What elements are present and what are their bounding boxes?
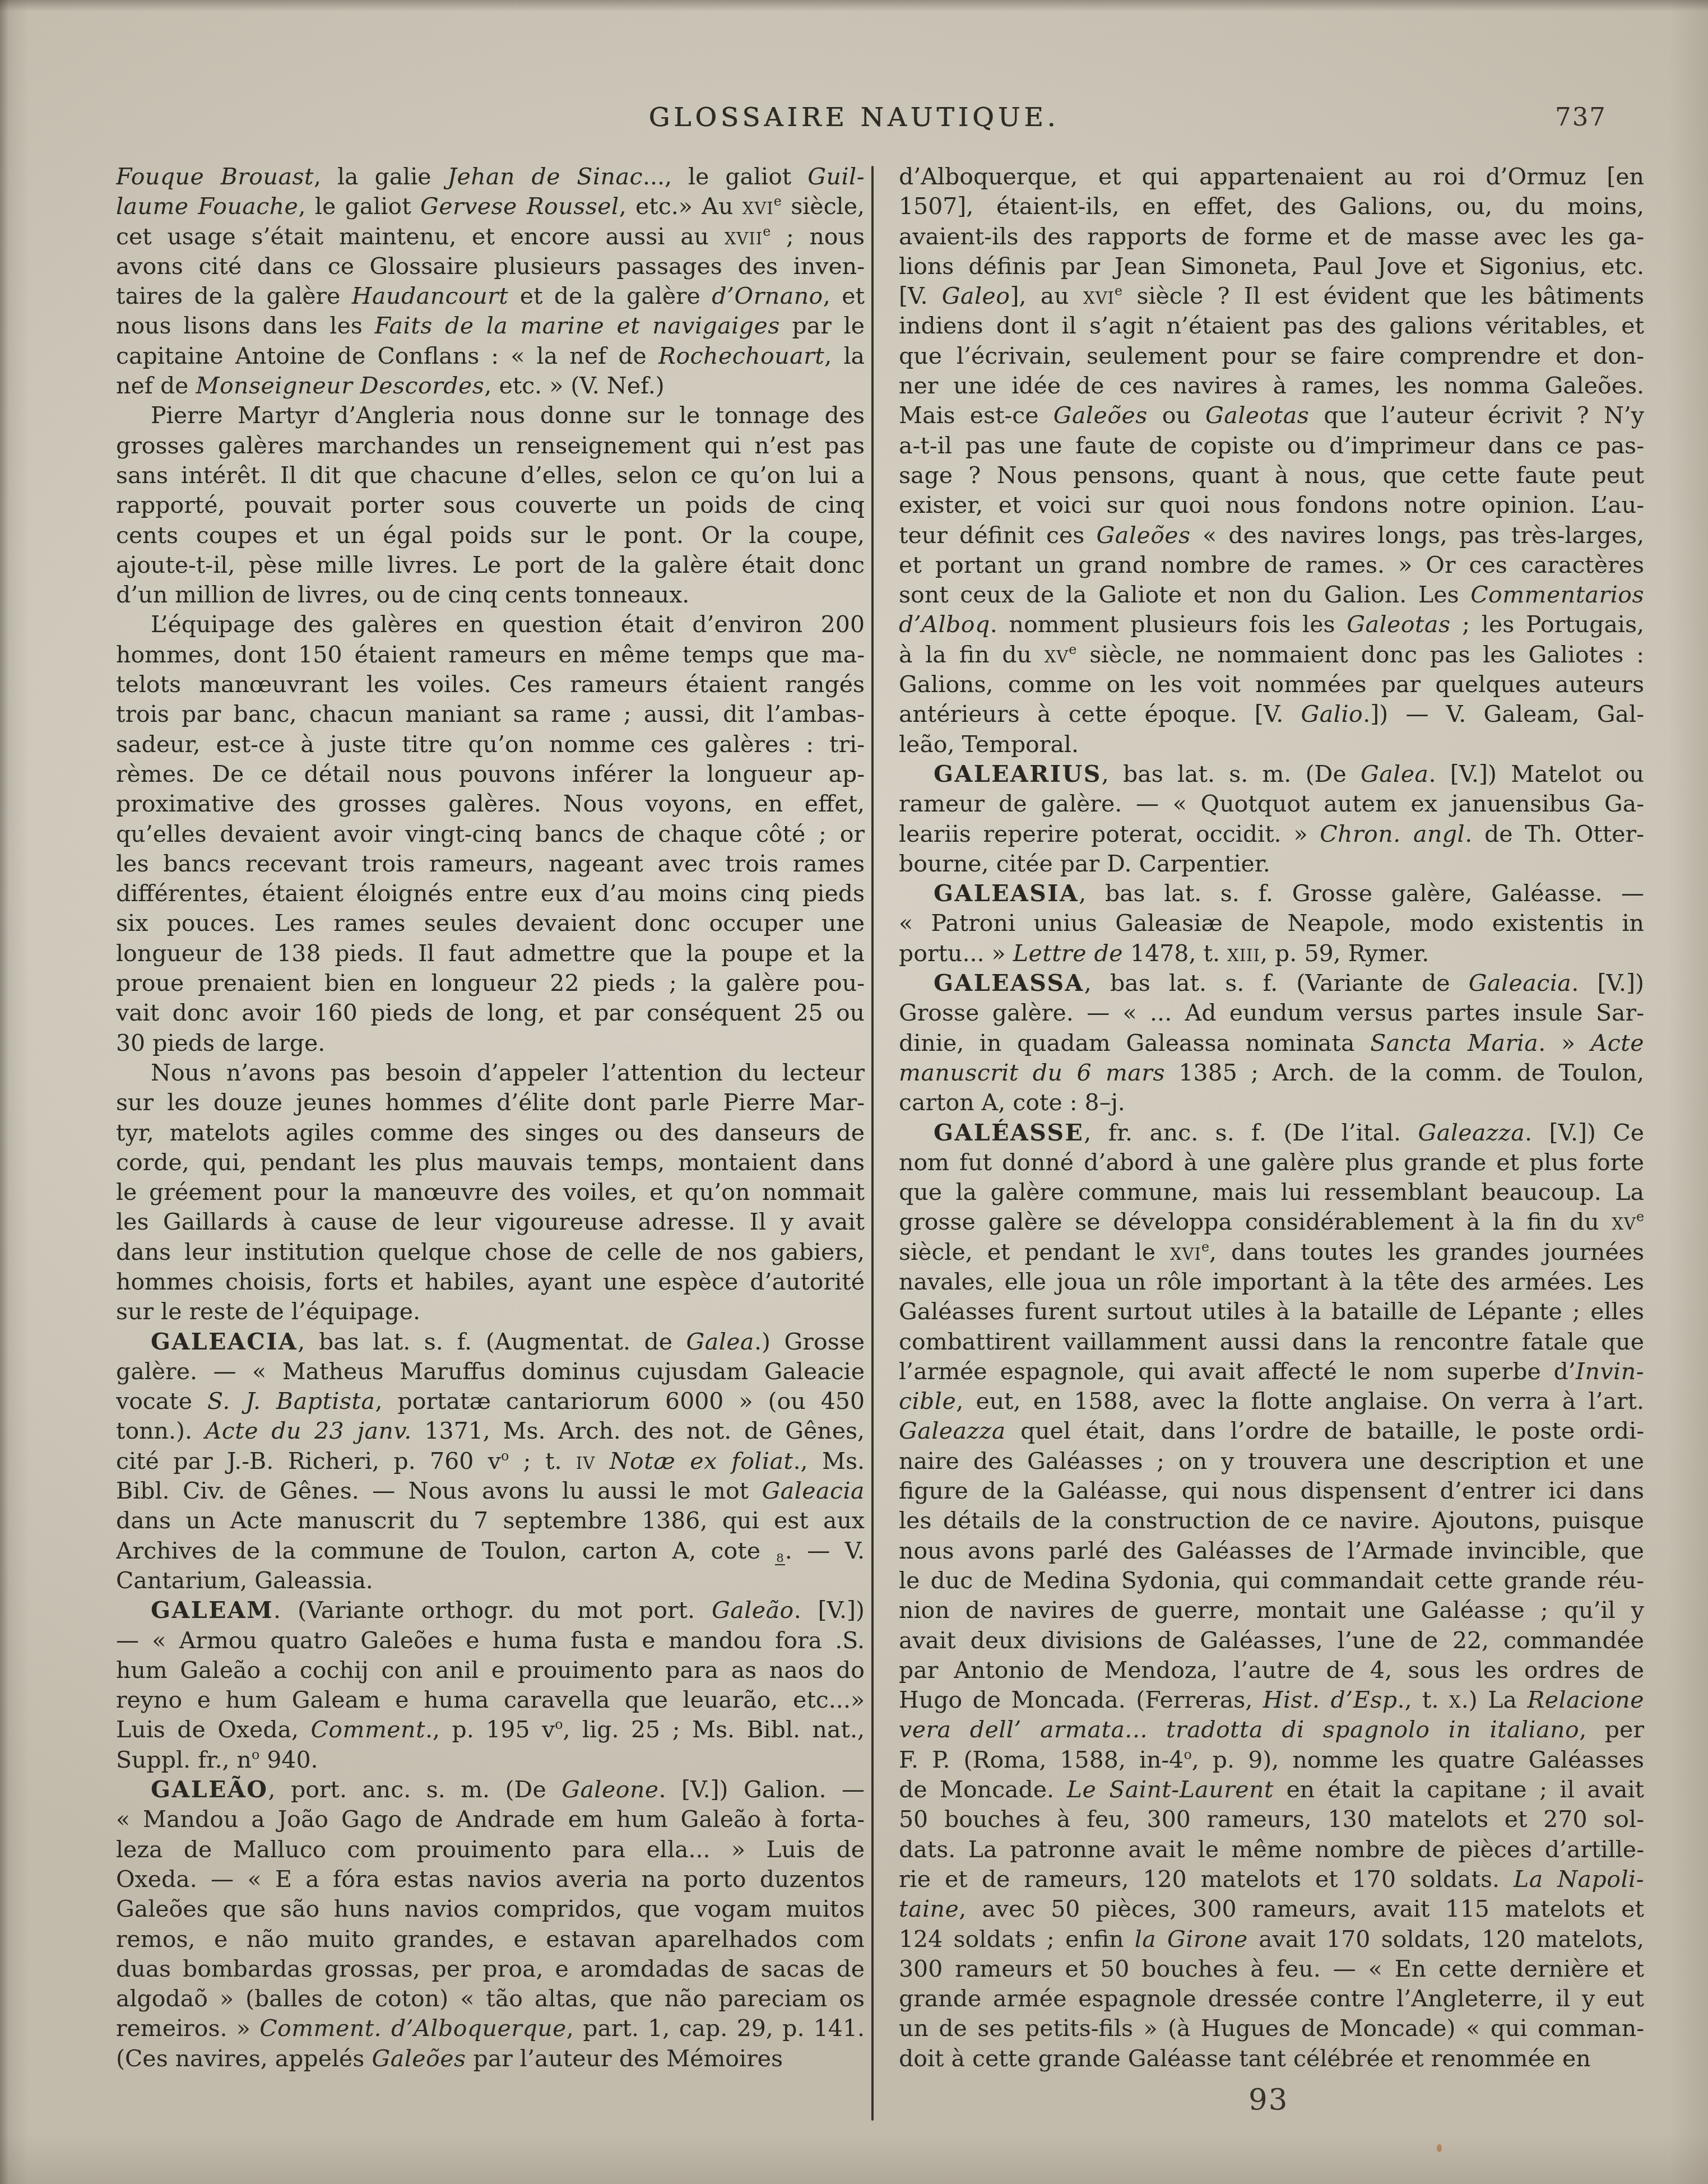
text-line: Grosse galère. — « ... Ad eundum versus … [899, 998, 1644, 1028]
text-line: leariis reperire poterat, occidit. » Chr… [899, 819, 1644, 849]
text-line: (Ces navires, appelés Galeões par l’aute… [116, 2044, 865, 2074]
text-line: sans intérêt. Il dit que chacune d’elles… [116, 461, 865, 490]
text-line: cible, eut, en 1588, avec la flotte angl… [899, 1387, 1644, 1416]
text-line: l’armée espagnole, qui avait affecté le … [899, 1357, 1644, 1387]
text-line: dinie, in quadam Galeassa nominata Sanct… [899, 1028, 1644, 1058]
text-line: sadeur, est-ce à juste titre qu’on nomme… [116, 730, 865, 759]
text-line: le gréement pour la manœuvre des voiles,… [116, 1177, 865, 1207]
text-line: rie et de rameurs, 120 matelots et 170 s… [899, 1865, 1644, 1894]
text-line: laume Fouache, le galiot Gervese Roussel… [116, 192, 865, 221]
text-line: exister, et voici sur quoi nous fondons … [899, 490, 1644, 520]
text-line: nous avons parlé des Galéasses de l’Arma… [899, 1536, 1644, 1566]
text-line: telots manœuvrant les voiles. Ces rameur… [116, 670, 865, 699]
text-line: Galeazza quel était, dans l’ordre de bat… [899, 1416, 1644, 1446]
text-line: Hugo de Moncada. (Ferreras, Hist. d’Esp.… [899, 1685, 1644, 1715]
paragraph: Pierre Martyr d’Angleria nous donne sur … [116, 401, 865, 610]
paragraph: GALÉASSE, fr. anc. s. f. (De l’ital. Gal… [899, 1118, 1644, 2074]
text-line: les détails de la construction de ce nav… [899, 1506, 1644, 1536]
text-line: « Mandou a João Gago de Andrade em hum G… [116, 1805, 865, 1834]
text-line: GALEASSA, bas lat. s. f. (Variante de Ga… [899, 968, 1644, 998]
text-line: dats. La patronne avait le même nombre d… [899, 1835, 1644, 1865]
text-line: GALEARIUS, bas lat. s. m. (De Galea. [V.… [899, 759, 1644, 789]
text-line: reyno e hum Galeam e huma caravella que … [116, 1685, 865, 1715]
text-line: 1507], étaient-ils, en effet, des Galion… [899, 192, 1644, 221]
text-line: capitaine Antoine de Conflans : « la nef… [116, 341, 865, 371]
text-line: carton A, cote : 8–j. [899, 1088, 1644, 1117]
text-line: GALEÃO, port. anc. s. m. (De Galeone. [V… [116, 1775, 865, 1805]
text-line: lions définis par Jean Simoneta, Paul Jo… [899, 252, 1644, 281]
text-line: GALEASIA, bas lat. s. f. Grosse galère, … [899, 879, 1644, 908]
text-line: avaient-ils des rapports de forme et de … [899, 222, 1644, 252]
text-line: d’Alboq. nomment plusieurs fois les Gale… [899, 610, 1644, 639]
text-line: cents coupes et un égal poids sur le pon… [116, 521, 865, 550]
text-line: remeiros. » Comment. d’Alboquerque, part… [116, 2014, 865, 2043]
paragraph: Nous n’avons pas besoin d’appeler l’atte… [116, 1058, 865, 1327]
paragraph: L’équipage des galères en question était… [116, 610, 865, 1058]
text-line: Galéasses furent surtout utiles à la bat… [899, 1297, 1644, 1327]
text-line: Pierre Martyr d’Angleria nous donne sur … [116, 401, 865, 430]
text-line: corde, qui, pendant les plus mauvais tem… [116, 1148, 865, 1177]
text-line: vocate S. J. Baptista, portatæ cantarior… [116, 1387, 865, 1416]
page-number: 737 [1555, 102, 1607, 132]
text-line: portu... » Lettre de 1478, t. xiii, p. 5… [899, 939, 1644, 968]
text-line: les Gaillards à cause de leur vigoureuse… [116, 1207, 865, 1237]
text-line: Galions, comme on les voit nommées par q… [899, 670, 1644, 699]
paragraph: GALEAM. (Variante orthogr. du mot port. … [116, 1596, 865, 1775]
text-line: dans leur institution quelque chose de c… [116, 1237, 865, 1267]
text-line: proximative des grosses galères. Nous vo… [116, 789, 865, 819]
foxing-speck [1437, 2144, 1442, 2152]
text-line: combattirent vaillamment aussi dans la r… [899, 1327, 1644, 1357]
text-line: Mais est-ce Galeões ou Galeotas que l’au… [899, 401, 1644, 430]
text-line: 300 rameurs et 50 bouches à feu. — « En … [899, 1954, 1644, 1984]
text-line: duas bombardas grossas, per proa, e arom… [116, 1954, 865, 1984]
text-line: bourne, citée par D. Carpentier. [899, 849, 1644, 879]
text-line: proue prenaient bien en longueur 22 pied… [116, 968, 865, 998]
text-line: — « Armou quatro Galeões e huma fusta e … [116, 1626, 865, 1656]
text-line: d’Alboquerque, et qui appartenaient au r… [899, 162, 1644, 192]
text-line: le duc de Medina Sydonia, qui commandait… [899, 1566, 1644, 1596]
paragraph: GALEASIA, bas lat. s. f. Grosse galère, … [899, 879, 1644, 968]
column-divider-rule [871, 166, 874, 2121]
text-line: [V. Galeo], au xvie siècle ? Il est évid… [899, 281, 1644, 311]
paragraph: GALEÃO, port. anc. s. m. (De Galeone. [V… [116, 1775, 865, 2074]
text-line: vait donc avoir 160 pieds de long, et pa… [116, 998, 865, 1028]
text-line: tonn.). Acte du 23 janv. 1371, Ms. Arch.… [116, 1416, 865, 1446]
text-line: Fouque Brouast, la galie Jehan de Sinac.… [116, 162, 865, 192]
text-line: nion de navires de guerre, montait une G… [899, 1596, 1644, 1625]
text-line: que la galère commune, mais lui ressembl… [899, 1177, 1644, 1207]
text-line: avait deux divisions de Galéasses, l’une… [899, 1626, 1644, 1656]
text-line: de Moncade. Le Saint-Laurent en était la… [899, 1775, 1644, 1805]
text-line: qu’elles devaient avoir vingt-cinq bancs… [116, 819, 865, 849]
text-line: F. P. (Roma, 1588, in-4o, p. 9), nomme l… [899, 1745, 1644, 1775]
text-line: trois par banc, chacun maniant sa rame ;… [116, 699, 865, 729]
text-line: Cantarium, Galeassia. [116, 1566, 865, 1596]
text-line: grande armée espagnole dressée contre l’… [899, 1984, 1644, 2014]
text-line: et portant un grand nombre de rames. » O… [899, 550, 1644, 580]
column-left: Fouque Brouast, la galie Jehan de Sinac.… [116, 162, 865, 2074]
text-line: grosse galère se développa considérablem… [899, 1207, 1644, 1237]
paragraph: GALEACIA, bas lat. s. f. (Augmentat. de … [116, 1327, 865, 1596]
text-line: cet usage s’était maintenu, et encore au… [116, 222, 865, 252]
paragraph: GALEASSA, bas lat. s. f. (Variante de Ga… [899, 968, 1644, 1117]
text-line: grosses galères marchandes un renseignem… [116, 431, 865, 461]
text-line: hum Galeão a cochij con anil e prouiment… [116, 1656, 865, 1685]
signature-mark: 93 [1248, 2083, 1288, 2117]
text-line: à la fin du xve siècle, ne nommaient don… [899, 640, 1644, 670]
text-line: hommes, dont 150 étaient rameurs en même… [116, 640, 865, 670]
text-line: tyr, matelots agiles comme des singes ou… [116, 1118, 865, 1148]
text-line: Nous n’avons pas besoin d’appeler l’atte… [116, 1058, 865, 1088]
text-line: algodaõ » (balles de coton) « tão altas,… [116, 1984, 865, 2014]
paragraph: Fouque Brouast, la galie Jehan de Sinac.… [116, 162, 865, 401]
text-line: teur définit ces Galeões « des navires l… [899, 521, 1644, 550]
text-line: Suppl. fr., no 940. [116, 1745, 865, 1775]
text-line: 50 bouches à feu, 300 rameurs, 130 matel… [899, 1805, 1644, 1834]
text-line: a-t-il pas une faute de copiste ou d’imp… [899, 431, 1644, 461]
text-line: sage ? Nous pensons, quant à nous, que c… [899, 461, 1644, 490]
text-line: nous lisons dans les Faits de la marine … [116, 311, 865, 341]
text-line: différentes, étaient éloignés entre eux … [116, 879, 865, 908]
text-line: navales, elle joua un rôle important à l… [899, 1267, 1644, 1297]
text-line: d’un million de livres, ou de cinq cents… [116, 580, 865, 610]
text-line: manuscrit du 6 mars 1385 ; Arch. de la c… [899, 1058, 1644, 1088]
text-line: avons cité dans ce Glossaire plusieurs p… [116, 252, 865, 281]
text-line: Luis de Oxeda, Comment., p. 195 vo, lig.… [116, 1715, 865, 1745]
text-line: ner une idée de ces navires à rames, les… [899, 371, 1644, 401]
text-line: six pouces. Les rames seules devaient do… [116, 908, 865, 938]
text-line: L’équipage des galères en question était… [116, 610, 865, 639]
text-line: hommes choisis, forts et habiles, ayant … [116, 1267, 865, 1297]
text-line: taires de la galère Haudancourt et de la… [116, 281, 865, 311]
text-line: cité par J.-B. Richeri, p. 760 vo ; t. i… [116, 1446, 865, 1476]
text-line: indiens dont il s’agit n’étaient pas des… [899, 311, 1644, 341]
text-line: nef de Monseigneur Descordes, etc. » (V.… [116, 371, 865, 401]
text-line: doit à cette grande Galéasse tant célébr… [899, 2044, 1644, 2074]
text-line: vera dell’ armata... tradotta di spagnol… [899, 1715, 1644, 1745]
text-line: figure de la Galéasse, qui nous dispense… [899, 1476, 1644, 1506]
text-line: longueur de 138 pieds. Il faut admettre … [116, 939, 865, 968]
text-line: par Antonio de Mendoza, l’autre de 4, so… [899, 1656, 1644, 1685]
text-line: sur les douze jeunes hommes d’élite dont… [116, 1088, 865, 1117]
text-line: remos, e não muito grandes, e estavan ap… [116, 1925, 865, 1954]
paragraph: GALEARIUS, bas lat. s. m. (De Galea. [V.… [899, 759, 1644, 879]
text-line: Galeões que são huns navios compridos, q… [116, 1894, 865, 1924]
text-line: que l’écrivain, seulement pour se faire … [899, 341, 1644, 371]
column-right: d’Alboquerque, et qui appartenaient au r… [899, 162, 1644, 2074]
text-line: 30 pieds de large. [116, 1028, 865, 1058]
text-line: sur le reste de l’équipage. [116, 1297, 865, 1327]
text-line: Archives de la commune de Toulon, carton… [116, 1536, 865, 1566]
text-line: nom fut donné d’abord à une galère plus … [899, 1148, 1644, 1177]
text-line: GALEAM. (Variante orthogr. du mot port. … [116, 1596, 865, 1625]
text-line: rèmes. De ce détail nous pouvons inférer… [116, 759, 865, 789]
text-line: Bibl. Civ. de Gênes. — Nous avons lu aus… [116, 1476, 865, 1506]
text-line: un de ses petits-fils » (à Hugues de Mon… [899, 2014, 1644, 2043]
text-line: sont ceux de la Galiote et non du Galion… [899, 580, 1644, 610]
text-line: leza de Malluco com prouimento para ella… [116, 1835, 865, 1865]
text-line: taine, avec 50 pièces, 300 rameurs, avai… [899, 1894, 1644, 1924]
scanned-book-page: GLOSSAIRE NAUTIQUE. 737 Fouque Brouast, … [0, 0, 1708, 2184]
text-line: ajoute-t-il, pèse mille livres. Le port … [116, 550, 865, 580]
text-line: les bancs recevant trois rameurs, nagean… [116, 849, 865, 879]
text-line: dans un Acte manuscrit du 7 septembre 13… [116, 1506, 865, 1536]
text-line: rameur de galère. — « Quotquot autem ex … [899, 789, 1644, 819]
paragraph: d’Alboquerque, et qui appartenaient au r… [899, 162, 1644, 759]
text-line: 124 soldats ; enfin la Girone avait 170 … [899, 1925, 1644, 1954]
text-line: GALEACIA, bas lat. s. f. (Augmentat. de … [116, 1327, 865, 1357]
text-line: rapporté, pouvait porter sous couverte u… [116, 490, 865, 520]
text-line: Oxeda. — « E a fóra estas navios averia … [116, 1865, 865, 1894]
text-line: leão, Temporal. [899, 730, 1644, 759]
text-line: « Patroni unius Galeasiæ de Neapole, mod… [899, 908, 1644, 938]
text-line: siècle, et pendant le xvie, dans toutes … [899, 1237, 1644, 1267]
text-line: GALÉASSE, fr. anc. s. f. (De l’ital. Gal… [899, 1118, 1644, 1148]
text-line: antérieurs à cette époque. [V. Galio.]) … [899, 699, 1644, 729]
text-line: naire des Galéasses ; on y trouvera une … [899, 1446, 1644, 1476]
text-line: galère. — « Matheus Maruffus dominus cuj… [116, 1357, 865, 1387]
page-title: GLOSSAIRE NAUTIQUE. [0, 102, 1708, 133]
